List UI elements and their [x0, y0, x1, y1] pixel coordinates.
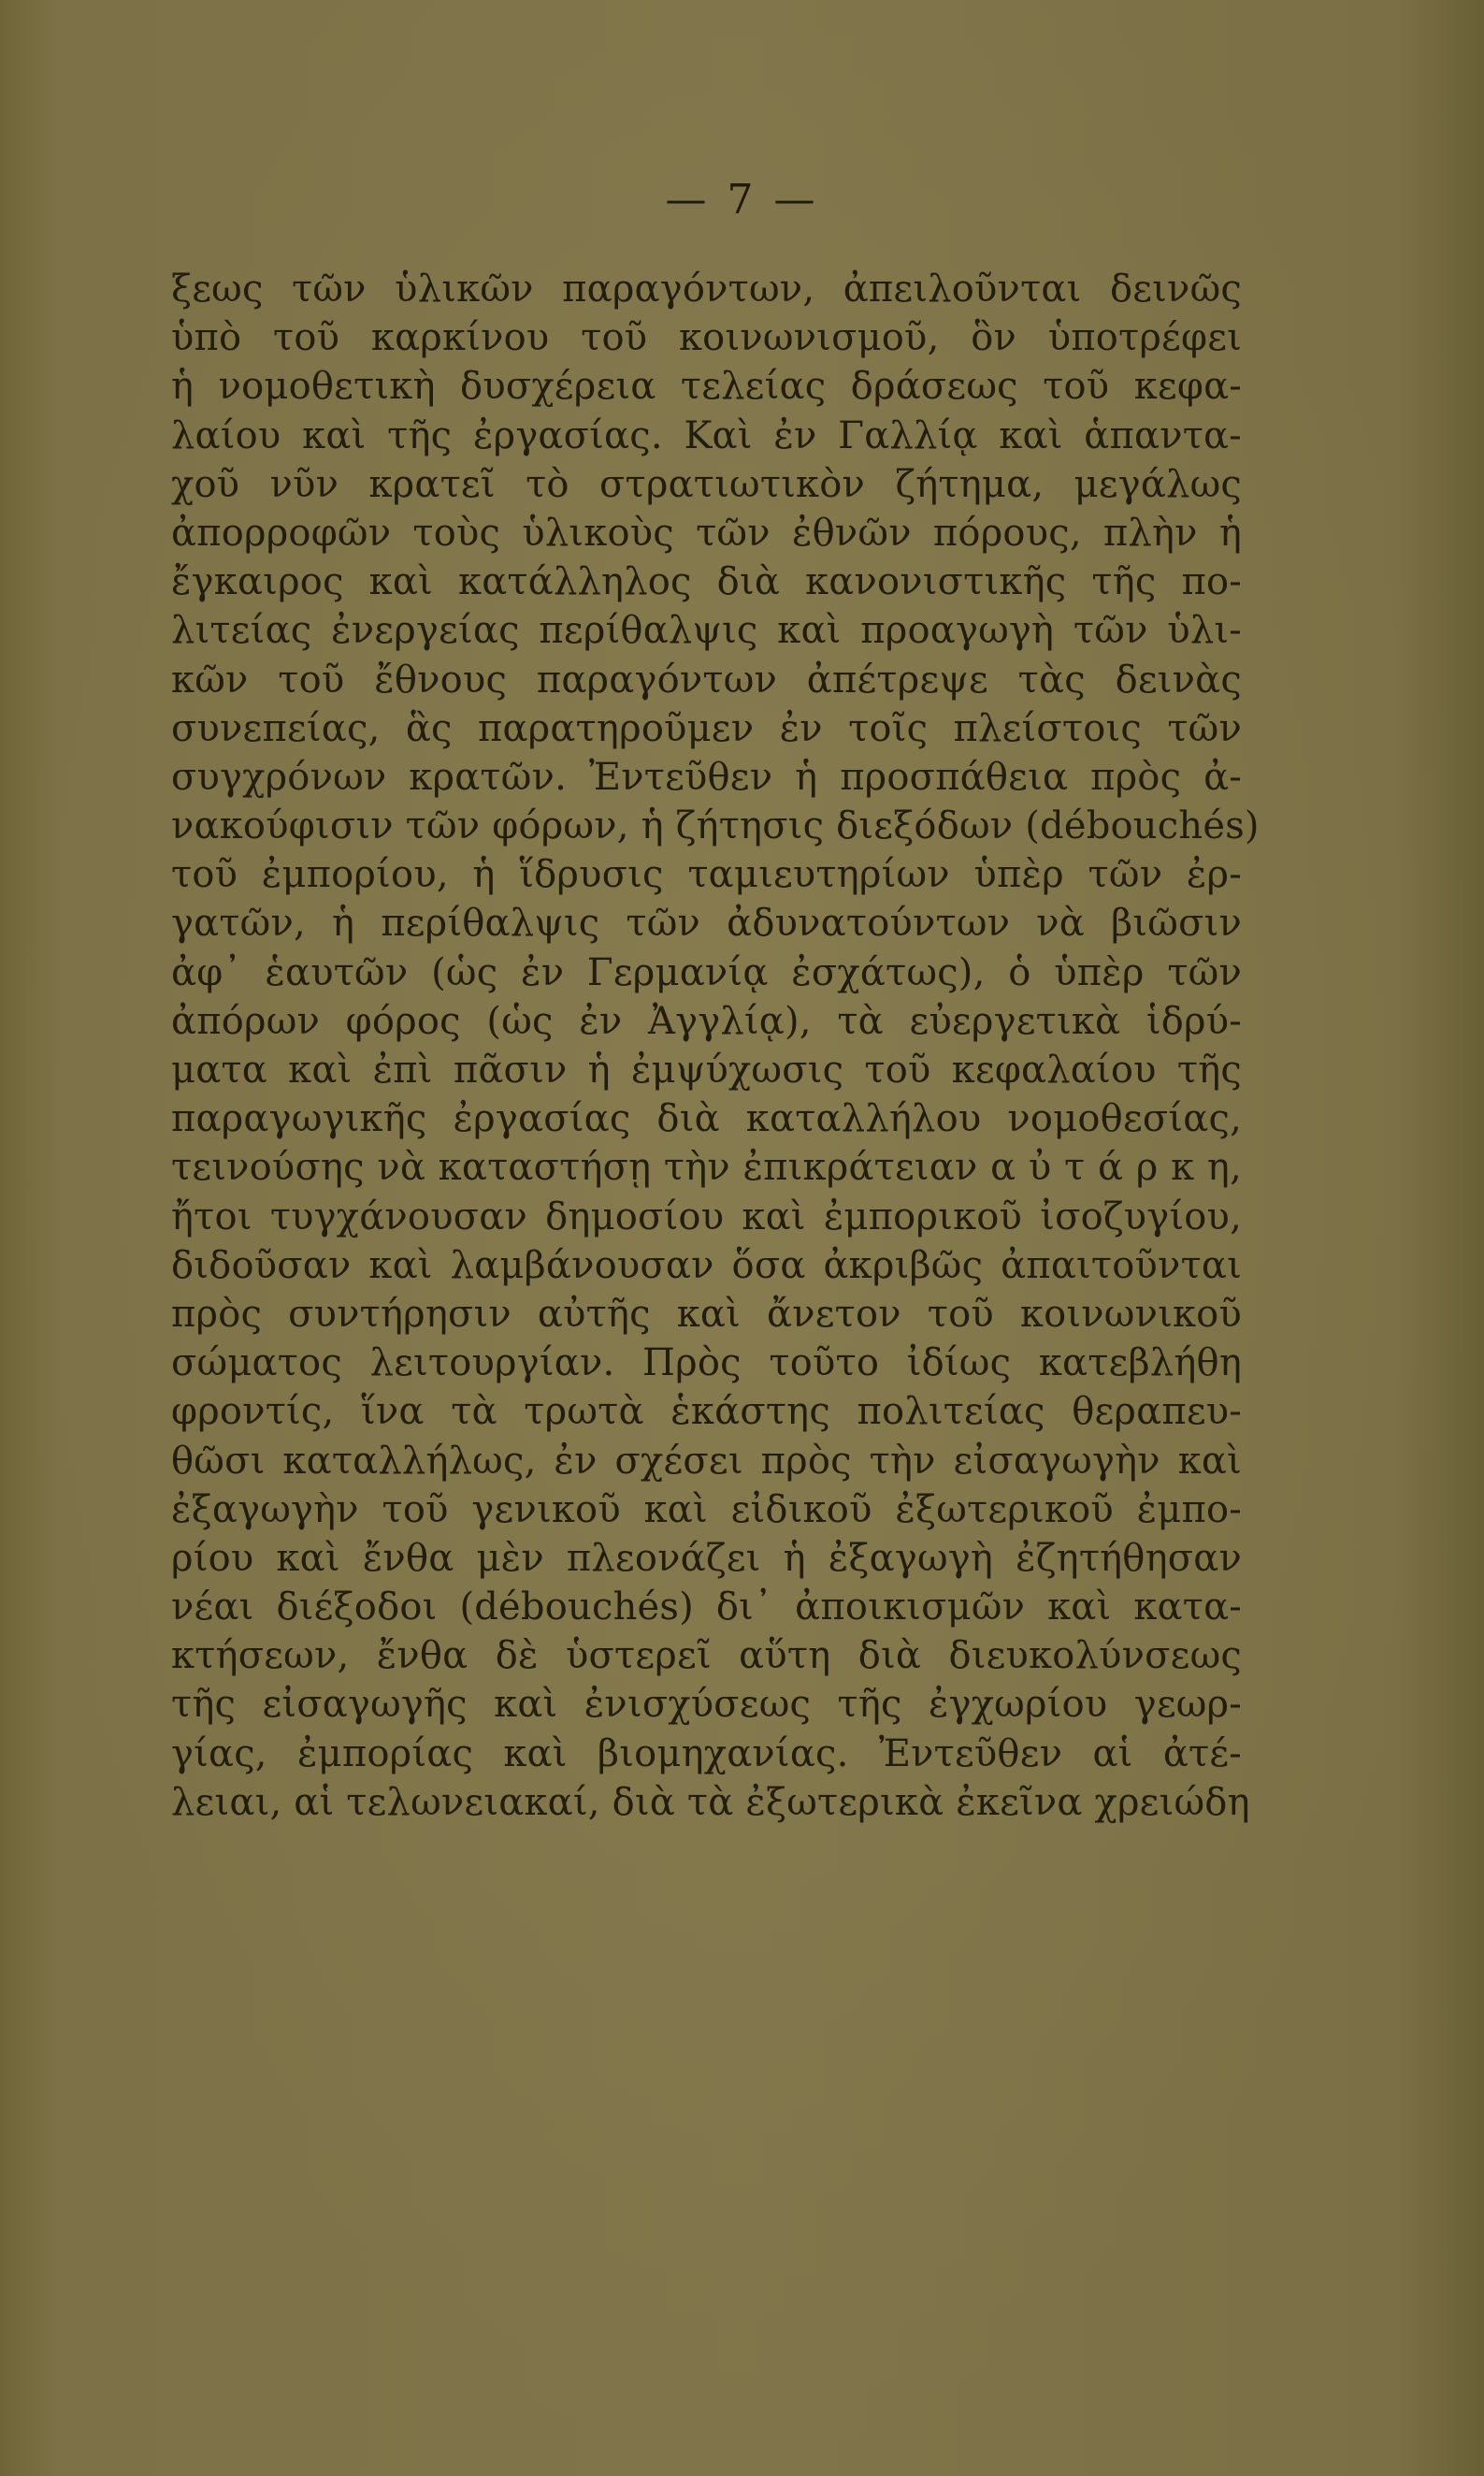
- text-line: νέαι διέξοδοι (débouchés) δι᾽ ἀποικισμῶν…: [171, 1583, 1242, 1631]
- text-line: νακούφισιν τῶν φόρων, ἡ ζήτησις διεξόδων…: [171, 802, 1242, 850]
- text-line: ἤτοι τυγχάνουσαν δημοσίου καὶ ἐμπορικοῦ …: [171, 1193, 1242, 1241]
- text-line: τῆς εἰσαγωγῆς καὶ ἐνισχύσεως τῆς ἐγχωρίο…: [171, 1680, 1242, 1729]
- text-line: φροντίς, ἵνα τὰ τρωτὰ ἑκάστης πολιτείας …: [171, 1387, 1242, 1436]
- text-line: λιτείας ἐνεργείας περίθαλψις καὶ προαγωγ…: [171, 606, 1242, 655]
- text-line: κτήσεων, ἔνθα δὲ ὑστερεῖ αὕτη διὰ διευκο…: [171, 1631, 1242, 1680]
- text-line: συνεπείας, ἃς παρατηροῦμεν ἐν τοῖς πλείσ…: [171, 704, 1242, 753]
- text-line: ἀπόρων φόρος (ὡς ἐν Ἀγγλίᾳ), τὰ εὐεργετι…: [171, 997, 1242, 1046]
- text-line: ρίου καὶ ἔνθα μὲν πλεονάζει ἡ ἐξαγωγὴ ἐζ…: [171, 1534, 1242, 1583]
- text-line: ἐξαγωγὴν τοῦ γενικοῦ καὶ εἰδικοῦ ἐξωτερι…: [171, 1485, 1242, 1534]
- text-line: λαίου καὶ τῆς ἐργασίας. Καὶ ἐν Γαλλίᾳ κα…: [171, 412, 1242, 460]
- text-line: ἀφ᾽ ἑαυτῶν (ὡς ἐν Γερμανίᾳ ἐσχάτως), ὁ ὑ…: [171, 948, 1242, 997]
- text-line: διδοῦσαν καὶ λαμβάνουσαν ὅσα ἀκριβῶς ἀπα…: [171, 1241, 1242, 1290]
- text-line: ὑπὸ τοῦ καρκίνου τοῦ κοινωνισμοῦ, ὃν ὑπο…: [171, 313, 1242, 362]
- text-line: πρὸς συντήρησιν αὐτῆς καὶ ἄνετον τοῦ κοι…: [171, 1290, 1242, 1339]
- text-line: γίας, ἐμπορίας καὶ βιομηχανίας. Ἐντεῦθεν…: [171, 1730, 1242, 1778]
- body-text: ξεως τῶν ὑλικῶν παραγόντων, ἀπειλοῦνται …: [171, 265, 1242, 1827]
- text-line: λειαι, αἱ τελωνειακαί, διὰ τὰ ἐξωτερικὰ …: [171, 1778, 1242, 1827]
- text-line: σώματος λειτουργίαν. Πρὸς τοῦτο ἰδίως κα…: [171, 1339, 1242, 1387]
- text-line: γατῶν, ἡ περίθαλψις τῶν ἀδυνατούντων νὰ …: [171, 899, 1242, 948]
- text-line: ἔγκαιρος καὶ κατάλληλος διὰ κανονιστικῆς…: [171, 557, 1242, 606]
- text-line: ἀπορροφῶν τοὺς ὑλικοὺς τῶν ἐθνῶν πόρους,…: [171, 509, 1242, 557]
- text-line: παραγωγικῆς ἐργασίας διὰ καταλλήλου νομο…: [171, 1094, 1242, 1143]
- text-line: χοῦ νῦν κρατεῖ τὸ στρατιωτικὸν ζήτημα, μ…: [171, 460, 1242, 509]
- scanned-book-page: — 7 — ξεως τῶν ὑλικῶν παραγόντων, ἀπειλο…: [0, 0, 1484, 2476]
- text-line: συγχρόνων κρατῶν. Ἐντεῦθεν ἡ προσπάθεια …: [171, 753, 1242, 802]
- text-line: τεινούσης νὰ καταστήσῃ τὴν ἐπικράτειαν α…: [171, 1143, 1242, 1192]
- text-line: ἡ νομοθετικὴ δυσχέρεια τελείας δράσεως τ…: [171, 362, 1242, 411]
- text-line: ματα καὶ ἐπὶ πᾶσιν ἡ ἐμψύχωσις τοῦ κεφαλ…: [171, 1046, 1242, 1094]
- text-line: τοῦ ἐμπορίου, ἡ ἵδρυσις ταμιευτηρίων ὑπὲ…: [171, 850, 1242, 899]
- page-number: — 7 —: [0, 176, 1484, 224]
- text-line: κῶν τοῦ ἔθνους παραγόντων ἀπέτρεψε τὰς δ…: [171, 656, 1242, 704]
- text-line: θῶσι καταλλήλως, ἐν σχέσει πρὸς τὴν εἰσα…: [171, 1437, 1242, 1485]
- text-line: ξεως τῶν ὑλικῶν παραγόντων, ἀπειλοῦνται …: [171, 265, 1242, 313]
